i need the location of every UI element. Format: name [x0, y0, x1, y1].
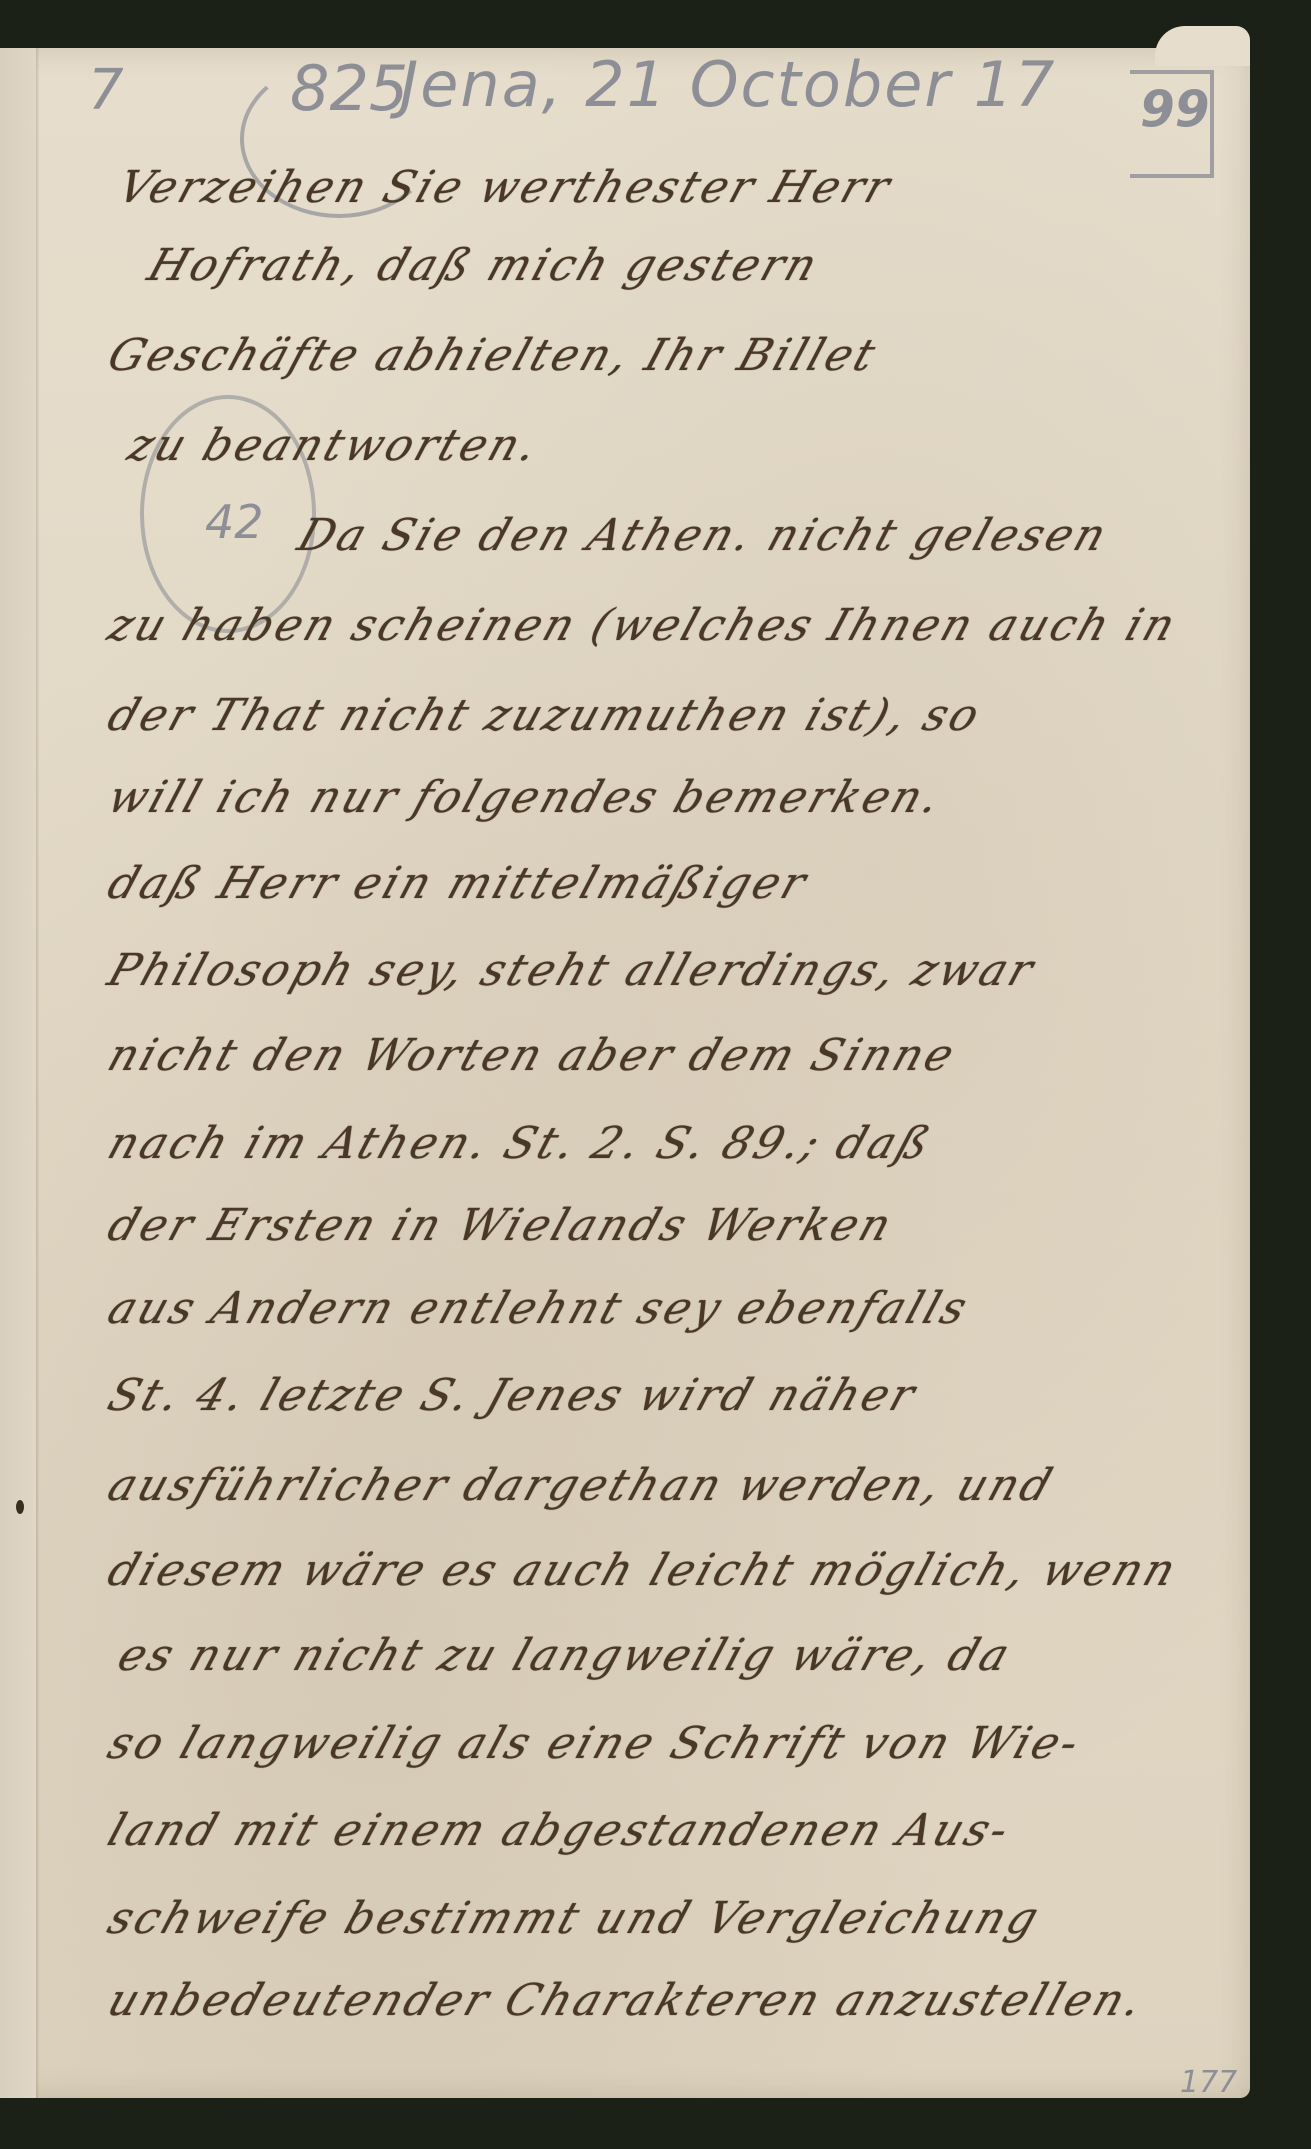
text-line: so langweilig als eine Schrift von Wie- — [102, 1718, 1088, 1769]
text-line: schweife bestimmt und Vergleichung — [102, 1893, 1048, 1944]
text-line: nicht den Worten aber dem Sinne — [102, 1030, 963, 1081]
text-line: zu haben scheinen (welches Ihnen auch in — [102, 600, 1184, 651]
text-line: land mit einem abgestandenen Aus- — [102, 1805, 1018, 1856]
text-line: diesem wäre es auch leicht möglich, wenn — [102, 1545, 1185, 1596]
text-line: daß Herr ein mittelmäßiger — [102, 858, 815, 909]
text-line: ausführlicher dargethan werden, und — [102, 1460, 1061, 1511]
text-line: der That nicht zuzumuthen ist), so — [102, 690, 988, 741]
text-line: Da Sie den Athen. nicht gelesen — [292, 510, 1116, 561]
text-line: der Ersten in Wielands Werken — [102, 1200, 901, 1251]
text-line: will ich nur folgendes bemerken. — [102, 772, 949, 823]
text-line: St. 4. letzte S. Jenes wird näher — [102, 1370, 924, 1421]
text-line: Hofrath, daß mich gestern — [142, 240, 826, 291]
text-line: es nur nicht zu langweilig wäre, da — [112, 1630, 1019, 1681]
text-line: unbedeutender Charakteren anzustellen. — [102, 1975, 1151, 2026]
text-line: Geschäfte abhielten, Ihr Billet — [102, 330, 885, 381]
letter-body: Verzeihen Sie werthester Herr Hofrath, d… — [0, 0, 1311, 2149]
text-line: Verzeihen Sie werthester Herr — [112, 162, 899, 213]
text-line: Philosoph sey, steht allerdings, zwar — [102, 945, 1042, 996]
folio-number: 177 — [1180, 2065, 1237, 2100]
text-line: zu beantworten. — [122, 420, 547, 471]
text-line: aus Andern entlehnt sey ebenfalls — [102, 1283, 976, 1334]
text-line: nach im Athen. St. 2. S. 89.; daß — [102, 1118, 939, 1169]
